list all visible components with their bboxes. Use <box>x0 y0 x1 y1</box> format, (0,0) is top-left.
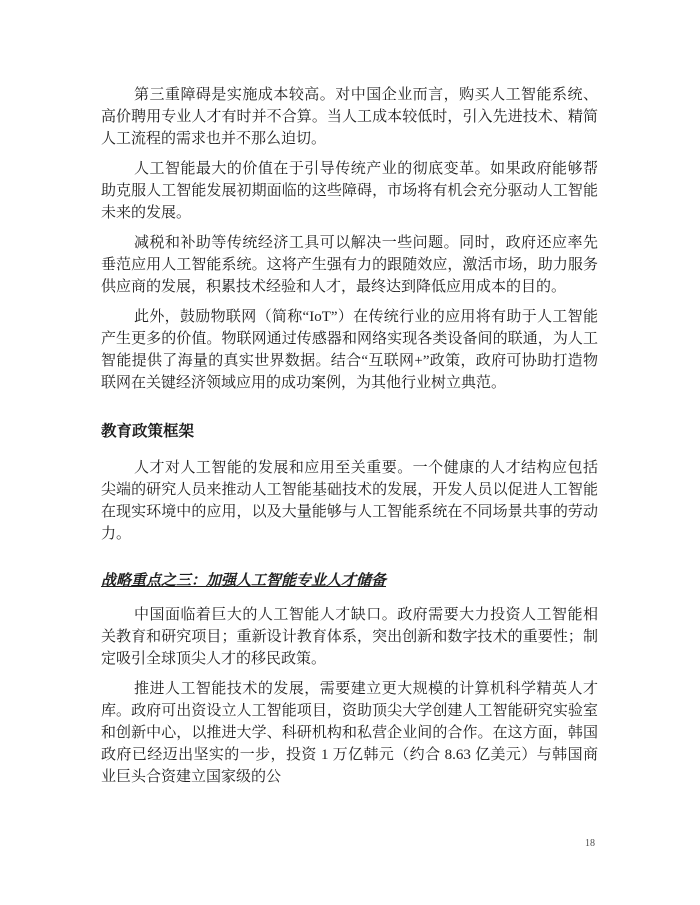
page-number: 18 <box>578 838 602 849</box>
body-paragraph: 中国面临着巨大的人工智能人才缺口。政府需要大力投资人工智能相关教育和研究项目；重… <box>101 604 598 670</box>
text-column: 第三重障碍是实施成本较高。对中国企业而言，购买人工智能系统、高价聘用专业人才有时… <box>101 84 598 796</box>
body-paragraph: 第三重障碍是实施成本较高。对中国企业而言，购买人工智能系统、高价聘用专业人才有时… <box>101 84 598 150</box>
body-paragraph: 人才对人工智能的发展和应用至关重要。一个健康的人才结构应包括尖端的研究人员来推动… <box>101 457 598 545</box>
body-paragraph: 人工智能最大的价值在于引导传统产业的彻底变革。如果政府能够帮助克服人工智能发展初… <box>101 158 598 224</box>
body-paragraph: 推进人工智能技术的发展，需要建立更大规模的计算机科学精英人才库。政府可出资设立人… <box>101 678 598 788</box>
strategy-heading-talent-reserve: 战略重点之三：加强人工智能专业人才储备 <box>101 571 598 591</box>
body-paragraph: 此外，鼓励物联网（简称“IoT”）在传统行业的应用将有助于人工智能产生更多的价值… <box>101 306 598 394</box>
section-heading-education-policy: 教育政策框架 <box>101 422 598 442</box>
body-paragraph: 减税和补助等传统经济工具可以解决一些问题。同时，政府还应率先垂范应用人工智能系统… <box>101 232 598 298</box>
document-page: 第三重障碍是实施成本较高。对中国企业而言，购买人工智能系统、高价聘用专业人才有时… <box>0 0 700 905</box>
